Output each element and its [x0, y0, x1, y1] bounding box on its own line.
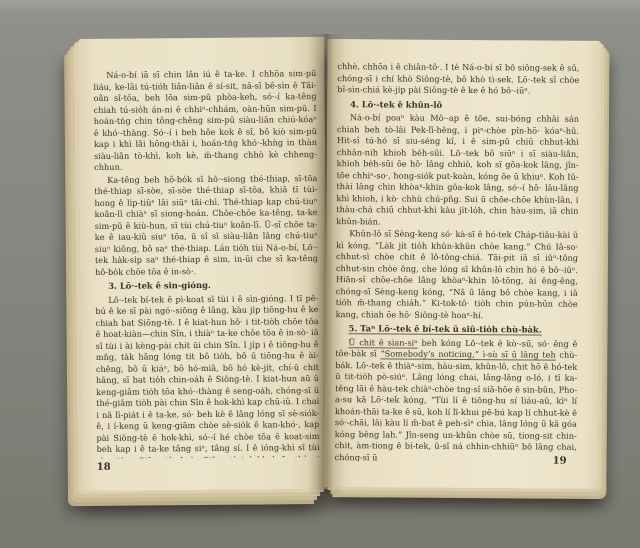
pencil-underlined-phrase: “Somebody’s noticing,” ì-sù sī ū lâng te… — [380, 348, 555, 359]
section-heading: 4. Lō·-tek ê khûn-lô — [350, 99, 579, 112]
section-heading: 3. Lō·-tek ê sin-gióng. — [108, 279, 318, 292]
page-number-left: 18 — [97, 462, 111, 473]
pencil-underlined-phrase: Ū chit ê sian-siⁿ — [348, 337, 417, 347]
left-page-text: Ná-o-bí iā sī chin lân iú ê ta-ke. I chh… — [93, 68, 319, 459]
paragraph: Ū chit ê sian-siⁿ beh kóng Lō·-tek ê kò·… — [335, 337, 578, 463]
section-heading-underlined: 5. Taⁿ Lō·-tek ê bí-tek ū siû-tio̍h chù-… — [349, 323, 578, 336]
paragraph: Lō·-tek bí-tek ê pì-koat sī tùi i ê sìn-… — [95, 292, 319, 458]
paragraph: Khûn-lô sī Sèng-keng só· kà-sī ê hó-tek … — [336, 228, 579, 322]
right-page: chhè, chhōa i ê chiân-tô·. I tè Ná-o-bí … — [324, 39, 601, 489]
paragraph: Ná-o-bí iā sī chin lân iú ê ta-ke. I chh… — [93, 68, 317, 173]
left-page: Ná-o-bí iā sī chin lân iú ê ta-ke. I chh… — [78, 37, 328, 491]
open-book: Ná-o-bí iā sī chin lân iú ê ta-ke. I chh… — [36, 30, 608, 512]
text-run: chù-ba̍k. Lō·-tek ê thiàⁿ-sim, hàu-sim, … — [335, 350, 578, 462]
photo-background: { "colors": { "background": "#8b8b85", "… — [0, 0, 640, 548]
paragraph-continued: chhè, chhōa i ê chiân-tô·. I tè Ná-o-bí … — [337, 61, 579, 97]
paragraph: Ná-o-bí poaⁿ kàu Mô·-ap ê tōe, sui-bóng … — [336, 112, 579, 229]
paragraph: Ka-têng beh hô-bo̍k sī hō·-siong thé-thi… — [94, 172, 318, 277]
right-page-text: chhè, chhōa i ê chiân-tô·. I tè Ná-o-bí … — [335, 61, 580, 463]
page-number-right: 19 — [553, 456, 567, 467]
